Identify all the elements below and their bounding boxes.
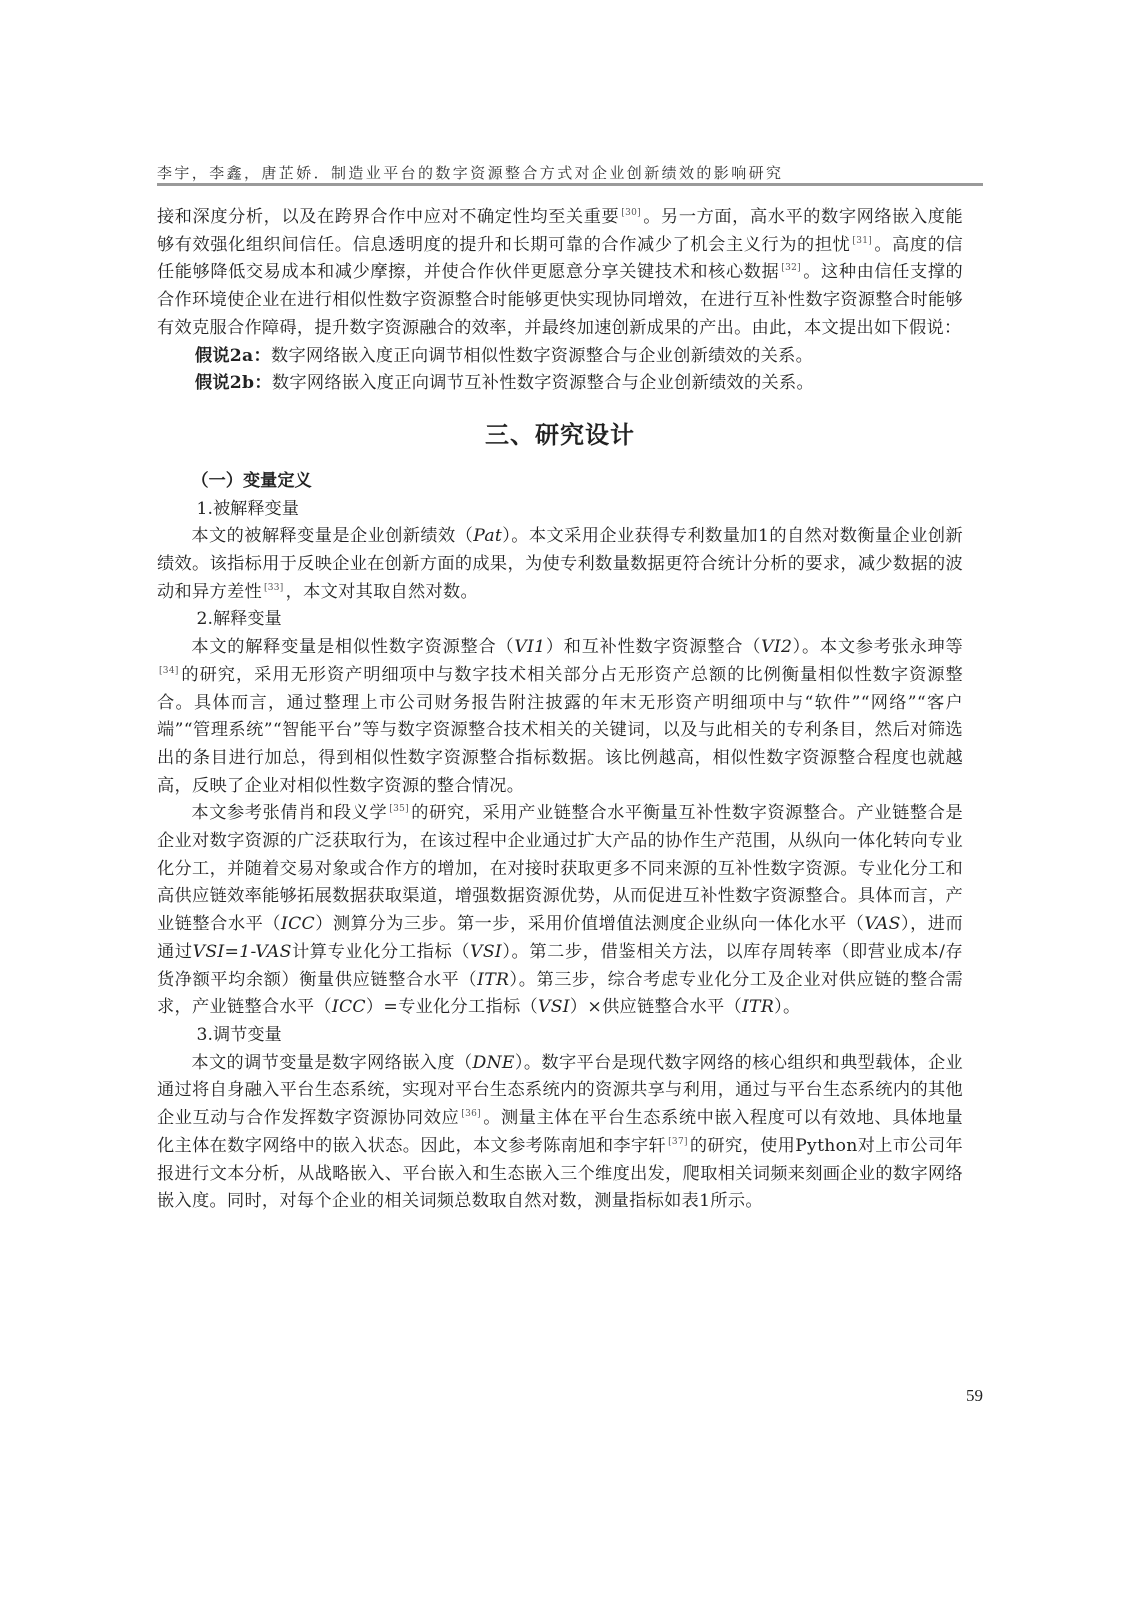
text-run: 接和深度分析，以及在跨界合作中应对不确定性均至关重要 (157, 207, 619, 227)
item-heading-moderating-variable: 3.调节变量 (157, 1022, 963, 1050)
variable: DNE (473, 1053, 515, 1073)
hypothesis-label: 假说2a： (195, 346, 271, 366)
formula: VSI=1-VAS (193, 942, 292, 962)
text-run: ）测算分为三步。第一步，采用价值增值法测度企业纵向一体化水平（ (315, 914, 864, 934)
text-run: 本文的解释变量是相似性数字资源整合（ (191, 637, 514, 657)
hypothesis-text: 数字网络嵌入度正向调节互补性数字资源整合与企业创新绩效的关系。 (272, 373, 814, 393)
citation: [31] (850, 236, 874, 246)
hypothesis-2a: 假说2a：数字网络嵌入度正向调节相似性数字资源整合与企业创新绩效的关系。 (157, 343, 963, 371)
subsection-title: （一）变量定义 (157, 468, 963, 496)
variable: ICC (281, 914, 315, 934)
variable: ITR (477, 970, 509, 990)
text-run: ）。本文参考张永珅等 (792, 637, 963, 657)
running-header: 李宇，李鑫，唐芷娇．制造业平台的数字资源整合方式对企业创新绩效的影响研究 (157, 162, 983, 183)
hypothesis-2b: 假说2b：数字网络嵌入度正向调节互补性数字资源整合与企业创新绩效的关系。 (157, 370, 963, 398)
text-run: 的研究，采用无形资产明细项中与数字技术相关部分占无形资产总额的比例衡量相似性数字… (157, 665, 963, 796)
hypothesis-text: 数字网络嵌入度正向调节相似性数字资源整合与企业创新绩效的关系。 (271, 346, 813, 366)
citation: [32] (779, 263, 803, 273)
paragraph-dependent-variable: 本文的被解释变量是企业创新绩效（Pat）。本文采用企业获得专利数量加1的自然对数… (157, 523, 963, 606)
hypothesis-label: 假说2b： (195, 373, 272, 393)
citation: [37] (666, 1137, 690, 1147)
variable: VI1 (514, 637, 545, 657)
citation: [35] (387, 804, 411, 814)
text-run: 本文的被解释变量是企业创新绩效（ (191, 526, 473, 546)
text-run: ）和互补性数字资源整合（ (545, 637, 761, 657)
paragraph-moderating-variable: 本文的调节变量是数字网络嵌入度（DNE）。数字平台是现代数字网络的核心组织和典型… (157, 1050, 963, 1216)
variable: Pat (473, 526, 502, 546)
text-run: ）。 (774, 997, 800, 1017)
variable: VI2 (761, 637, 792, 657)
text-run: 本文参考张倩肖和段义学 (191, 803, 387, 823)
variable: VSI (470, 942, 502, 962)
paragraph-complementary-integration: 本文参考张倩肖和段义学[35]的研究，采用产业链整合水平衡量互补性数字资源整合。… (157, 800, 963, 1022)
header-rule (157, 183, 983, 186)
page-number: 59 (966, 1386, 983, 1406)
citation: [30] (619, 208, 643, 218)
section-title: 三、研究设计 (157, 420, 963, 450)
variable: VSI (538, 997, 570, 1017)
citation: [34] (157, 666, 181, 676)
text-run: ，本文对其取自然对数。 (286, 582, 478, 602)
item-heading-explanatory-variable: 2.解释变量 (157, 606, 963, 634)
text-run: 本文的调节变量是数字网络嵌入度（ (191, 1053, 472, 1073)
variable: ICC (332, 997, 366, 1017)
paragraph-explanatory-variable: 本文的解释变量是相似性数字资源整合（VI1）和互补性数字资源整合（VI2）。本文… (157, 634, 963, 800)
variable: VAS (864, 914, 900, 934)
variable: ITR (742, 997, 774, 1017)
text-run: ）×供应链整合水平（ (570, 997, 742, 1017)
item-heading-dependent-variable: 1.被解释变量 (157, 496, 963, 524)
citation: [36] (459, 1109, 483, 1119)
citation: [33] (262, 583, 286, 593)
text-run: ）=专业化分工指标（ (366, 997, 538, 1017)
body-text: 接和深度分析，以及在跨界合作中应对不确定性均至关重要[30]。另一方面，高水平的… (157, 204, 963, 1216)
paragraph-continuation: 接和深度分析，以及在跨界合作中应对不确定性均至关重要[30]。另一方面，高水平的… (157, 204, 963, 343)
text-run: 计算专业化分工指标（ (292, 942, 470, 962)
